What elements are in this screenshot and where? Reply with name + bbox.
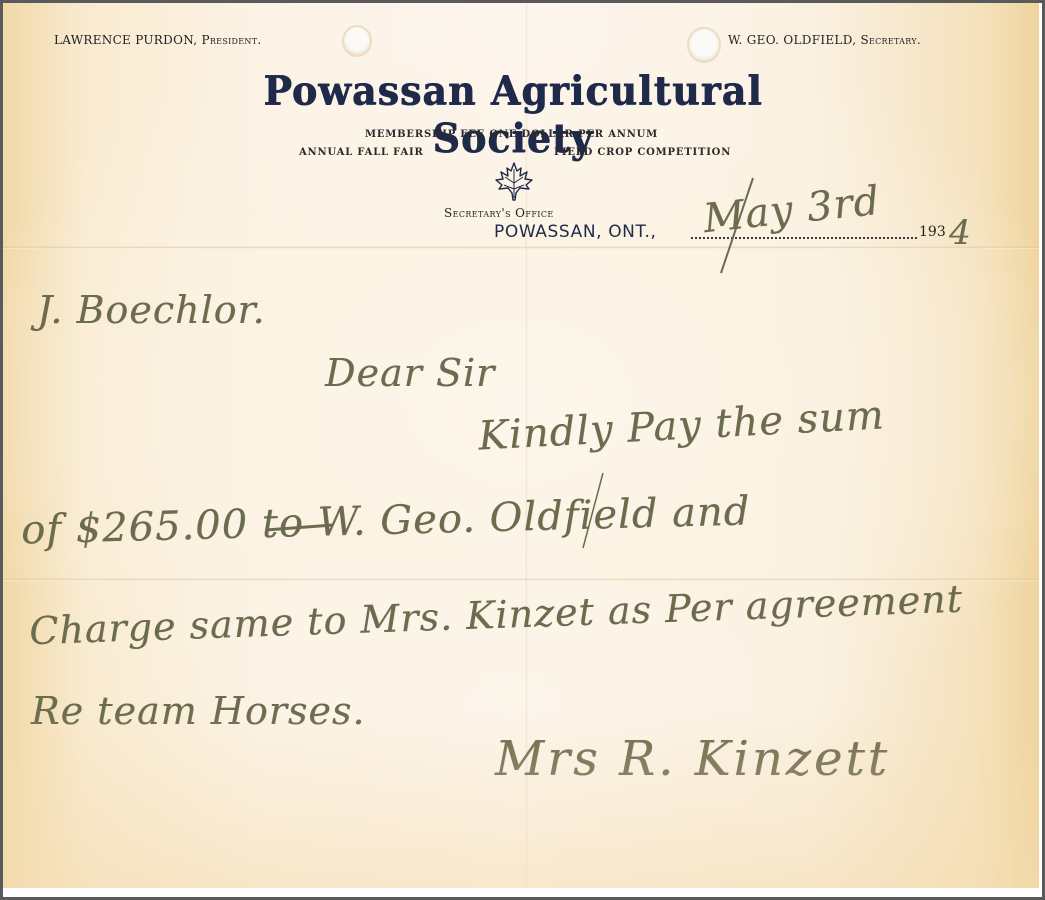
society-title: Powassan Agricultural Society [193, 67, 833, 162]
punch-hole-left [344, 27, 370, 55]
maple-leaf-icon [493, 161, 535, 201]
body-line-3: Charge same to Mrs. Kinzet as Per agreem… [29, 577, 964, 654]
body-line-4: Re team Horses. [31, 689, 365, 733]
letter-paper: LAWRENCE PURDON, President. W. GEO. OLDF… [3, 3, 1039, 888]
salutation: Dear Sir [325, 351, 495, 395]
membership-line: MEMBERSHIP FEE ONE DOLLAR PER ANNUM [365, 129, 658, 140]
body-line-2: of $265.00 to W. Geo. Oldfield and [21, 488, 751, 553]
secretary-name: W. GEO. OLDFIELD, [728, 33, 856, 47]
fall-fair-tagline: ANNUAL FALL FAIR [299, 147, 424, 158]
handwritten-date: May 3rd [701, 178, 882, 242]
place-label: POWASSAN, ONT., [494, 222, 656, 242]
signature: Mrs R. Kinzett [495, 731, 890, 787]
year-prefix: 193 [919, 224, 946, 240]
secretary-role: Secretary. [860, 33, 921, 47]
fold-crease-upper [3, 246, 1039, 249]
president-name: LAWRENCE PURDON, [54, 33, 197, 47]
punch-hole-tear [350, 3, 360, 23]
secretary-office-label: Secretary's Office [444, 206, 554, 220]
crop-competition-tagline: FIELD CROP COMPETITION [554, 147, 731, 158]
punch-hole-tear [704, 9, 714, 29]
addressee: J. Boechlor. [37, 288, 266, 332]
president-role: President. [201, 33, 261, 47]
president-credit: LAWRENCE PURDON, President. [54, 33, 261, 47]
secretary-credit: W. GEO. OLDFIELD, Secretary. [728, 33, 921, 47]
handwritten-year-digit: 4 [949, 213, 972, 253]
punch-hole-right [689, 29, 719, 61]
body-line-1: Kindly Pay the sum [477, 392, 886, 459]
scan-frame: LAWRENCE PURDON, President. W. GEO. OLDF… [3, 3, 1042, 897]
